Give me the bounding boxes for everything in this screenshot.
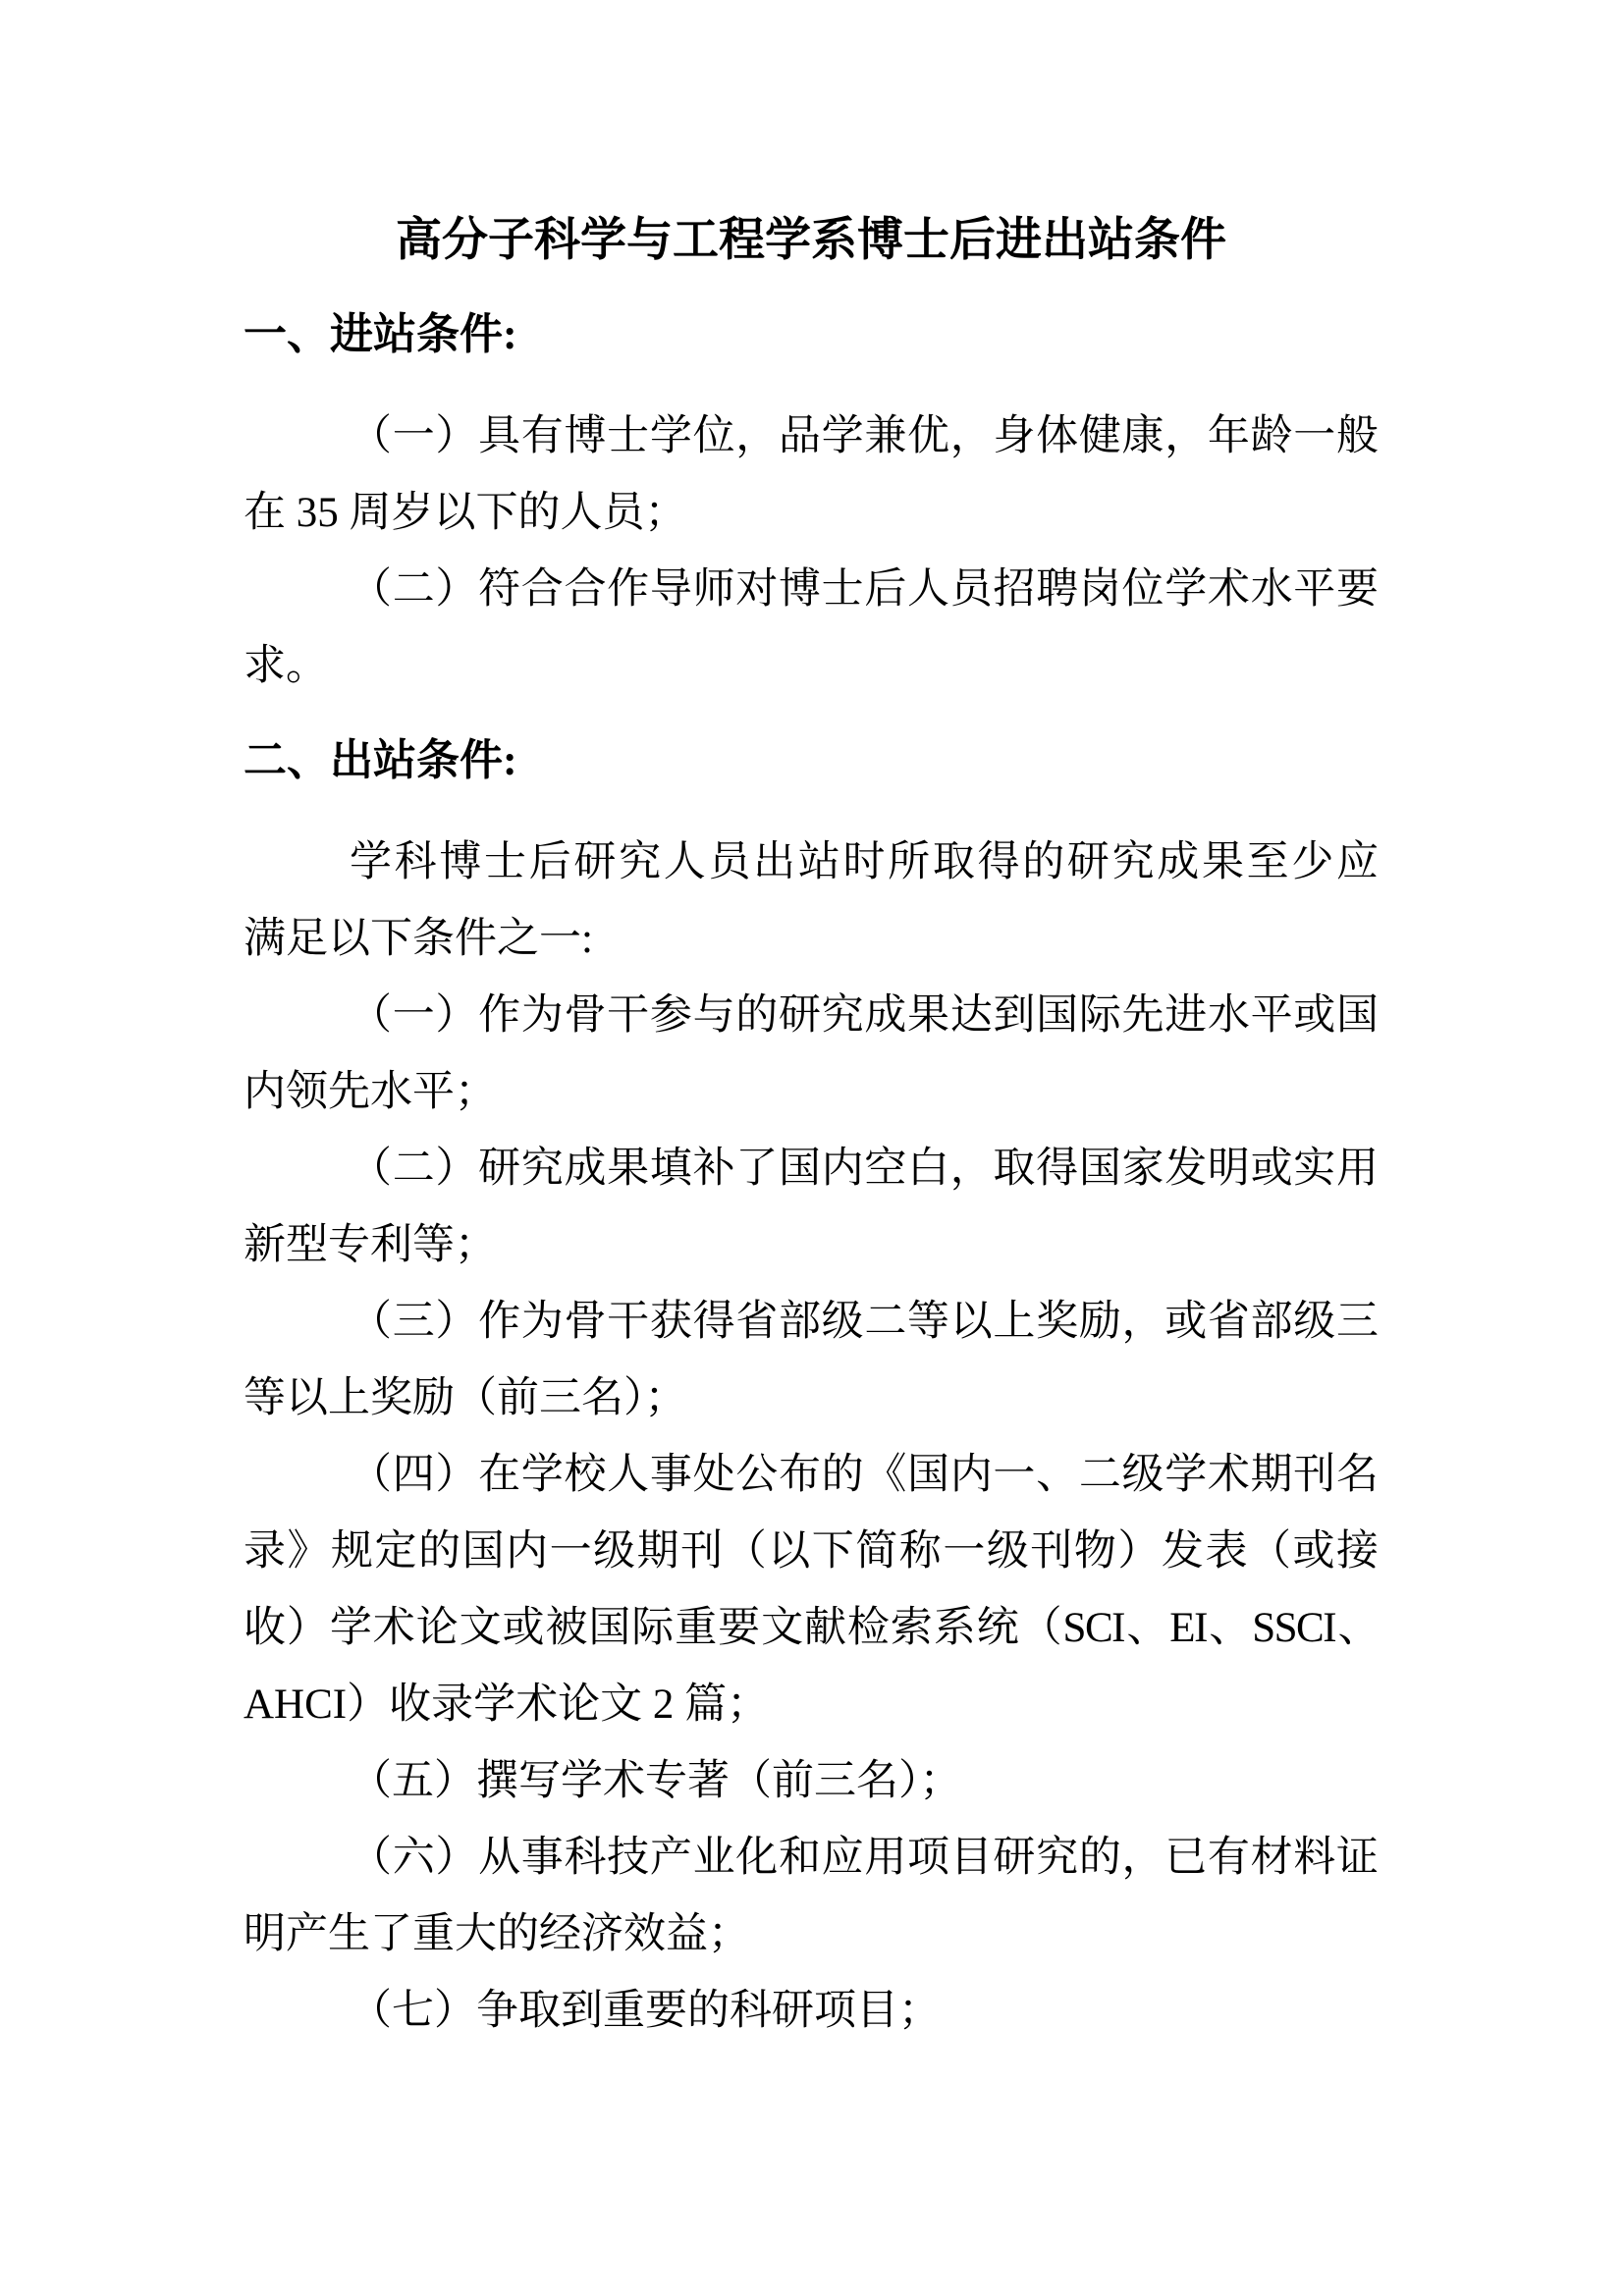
paragraph-line: AHCI）收录学术论文 2 篇； [244, 1667, 1379, 1743]
paragraph-line: 内领先水平； [244, 1054, 1379, 1131]
paragraph-line: 求。 [244, 628, 1379, 705]
paragraph-line: （二）研究成果填补了国内空白，取得国家发明或实用 [244, 1131, 1379, 1207]
paragraph-exit-1: （一）作为骨干参与的研究成果达到国际先进水平或国 内领先水平； [244, 978, 1379, 1131]
paragraph-exit-2: （二）研究成果填补了国内空白，取得国家发明或实用 新型专利等； [244, 1131, 1379, 1284]
paragraph-line: （七）争取到重要的科研项目； [244, 1973, 1379, 2050]
paragraph-exit-5: （五）撰写学术专著（前三名）； [244, 1743, 1379, 1820]
paragraph-line: 学科博士后研究人员出站时所取得的研究成果至少应 [244, 825, 1379, 901]
paragraph-line: （二）符合合作导师对博士后人员招聘岗位学术水平要 [244, 552, 1379, 628]
paragraph-exit-4: （四）在学校人事处公布的《国内一、二级学术期刊名 录》规定的国内一级期刊（以下简… [244, 1437, 1379, 1743]
paragraph-line: （六）从事科技产业化和应用项目研究的，已有材料证 [244, 1820, 1379, 1896]
paragraph-exit-intro: 学科博士后研究人员出站时所取得的研究成果至少应 满足以下条件之一: [244, 825, 1379, 978]
paragraph-entry-2: （二）符合合作导师对博士后人员招聘岗位学术水平要 求。 [244, 552, 1379, 705]
document-page: 高分子科学与工程学系博士后进出站条件 一、进站条件: （一）具有博士学位，品学兼… [0, 0, 1624, 2296]
paragraph-line: 在 35 周岁以下的人员； [244, 475, 1379, 552]
section-2-heading: 二、出站条件: [244, 722, 1379, 799]
paragraph-line: （三）作为骨干获得省部级二等以上奖励，或省部级三 [244, 1284, 1379, 1361]
paragraph-line: 明产生了重大的经济效益； [244, 1896, 1379, 1973]
paragraph-exit-6: （六）从事科技产业化和应用项目研究的，已有材料证 明产生了重大的经济效益； [244, 1820, 1379, 1973]
paragraph-entry-1: （一）具有博士学位，品学兼优，身体健康，年龄一般 在 35 周岁以下的人员； [244, 399, 1379, 552]
paragraph-exit-7: （七）争取到重要的科研项目； [244, 1973, 1379, 2050]
paragraph-line: 录》规定的国内一级期刊（以下简称一级刊物）发表（或接 [244, 1514, 1379, 1590]
paragraph-line: （四）在学校人事处公布的《国内一、二级学术期刊名 [244, 1437, 1379, 1514]
paragraph-line: （一）作为骨干参与的研究成果达到国际先进水平或国 [244, 978, 1379, 1054]
paragraph-line: 新型专利等； [244, 1207, 1379, 1284]
paragraph-line: 收）学术论文或被国际重要文献检索系统（SCI、EI、SSCI、 [244, 1590, 1379, 1667]
paragraph-exit-3: （三）作为骨干获得省部级二等以上奖励，或省部级三 等以上奖励（前三名）； [244, 1284, 1379, 1437]
paragraph-line: （一）具有博士学位，品学兼优，身体健康，年龄一般 [244, 399, 1379, 475]
paragraph-line: 满足以下条件之一: [244, 901, 1379, 978]
document-title: 高分子科学与工程学系博士后进出站条件 [244, 202, 1379, 279]
section-1-heading: 一、进站条件: [244, 296, 1379, 373]
paragraph-line: （五）撰写学术专著（前三名）； [244, 1743, 1379, 1820]
paragraph-line: 等以上奖励（前三名）； [244, 1361, 1379, 1437]
